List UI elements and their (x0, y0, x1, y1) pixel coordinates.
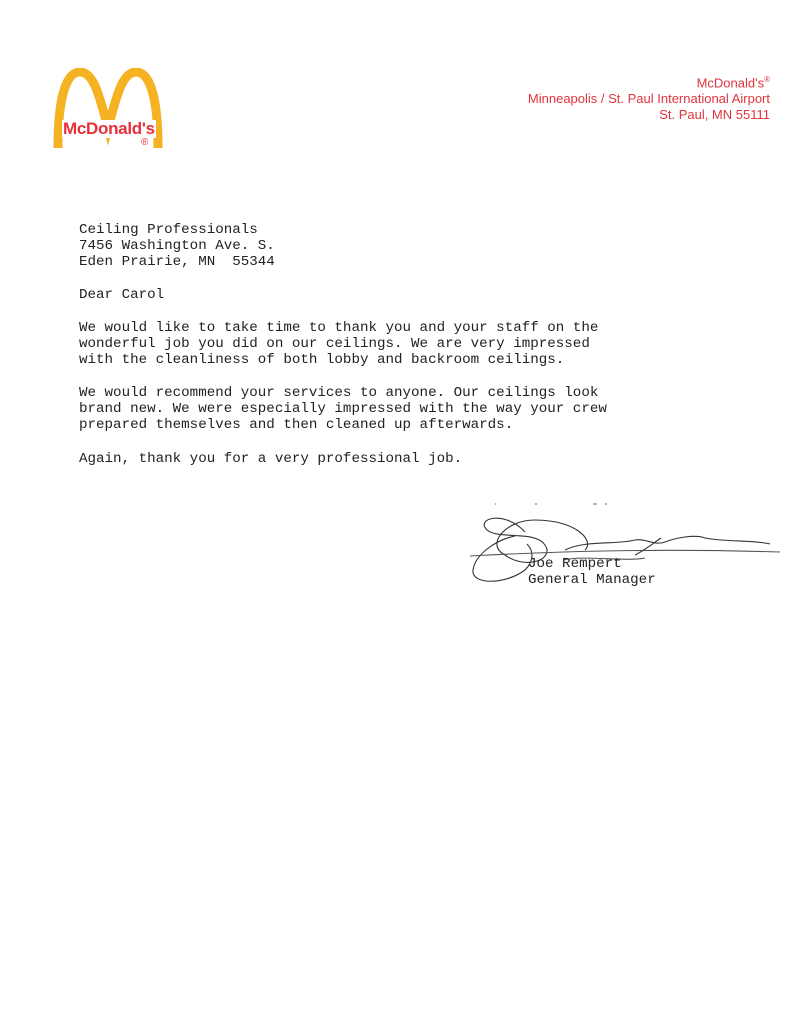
recipient-city: Eden Prairie, MN 55344 (79, 254, 275, 270)
signature-block: Joe RempertGeneral Manager (528, 556, 656, 588)
body-paragraph-3: Again, thank you for a very professional… (79, 451, 462, 467)
body-paragraph-2: We would recommend your services to anyo… (79, 385, 607, 433)
registered-mark: ® (141, 137, 148, 148)
recipient-name: Ceiling Professionals (79, 222, 275, 238)
body-paragraph-1: We would like to take time to thank you … (79, 320, 598, 368)
signer-name: Joe Rempert (528, 556, 656, 572)
salutation: Dear Carol (79, 287, 164, 303)
recipient-street: 7456 Washington Ave. S. (79, 238, 275, 254)
sender-location: Minneapolis / St. Paul International Air… (528, 91, 770, 107)
sender-address: McDonald's® Minneapolis / St. Paul Inter… (528, 72, 770, 123)
recipient-address: Ceiling Professionals7456 Washington Ave… (79, 222, 275, 270)
sender-city: St. Paul, MN 55111 (528, 107, 770, 123)
logo-wordmark: McDonald's (62, 120, 156, 138)
sender-name: McDonald's® (528, 72, 770, 91)
signer-title: General Manager (528, 572, 656, 588)
mcdonalds-logo: McDonald's ® (52, 68, 164, 152)
